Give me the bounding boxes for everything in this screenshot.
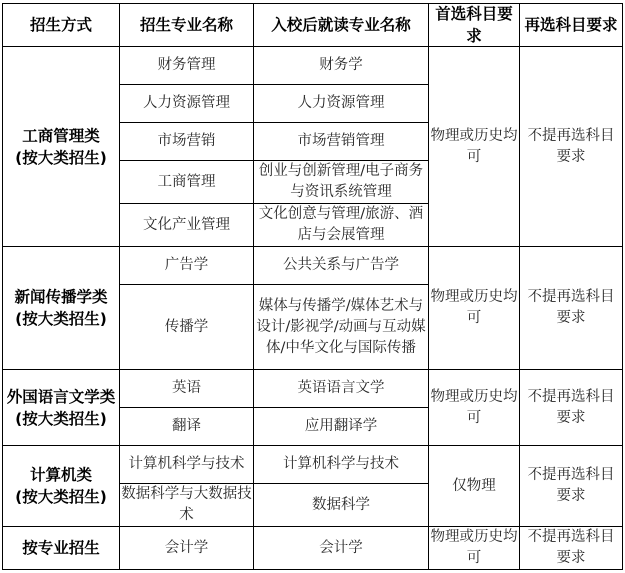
table-row-study: 英语语言文学 (253, 369, 429, 408)
major-name: 文化产业管理 (143, 215, 230, 236)
first-choice-requirement: 物理或历史均可 (428, 526, 520, 570)
first-choice-text: 仅物理 (452, 476, 496, 497)
table-row-major: 财务管理 (119, 46, 254, 85)
study-major: 市场营销管理 (298, 131, 385, 152)
header-major-name: 招生专业名称 (119, 3, 254, 47)
second-choice-requirement: 不提再选科目要求 (519, 526, 623, 570)
group-method-by-major: 按专业招生 (2, 526, 120, 570)
table-row-study: 人力资源管理 (253, 84, 429, 123)
second-choice-requirement: 不提再选科目要求 (519, 369, 623, 446)
header-label: 入校后就读专业名称 (271, 14, 411, 36)
table-row-study: 文化创意与管理/旅游、酒店与会展管理 (253, 203, 429, 247)
table-row-major: 英语 (119, 369, 254, 408)
first-choice-text: 物理或历史均可 (430, 527, 518, 569)
group-method-label: 按专业招生 (22, 537, 100, 559)
group-method-label: 外国语言文学类 (按大类招生) (7, 386, 116, 430)
first-choice-requirement: 物理或历史均可 (428, 369, 520, 446)
second-choice-text: 不提再选科目要求 (521, 126, 621, 168)
table-row-major: 计算机科学与技术 (119, 445, 254, 484)
second-choice-requirement: 不提再选科目要求 (519, 46, 623, 247)
table-row-study: 创业与创新管理/电子商务与资讯系统管理 (253, 160, 429, 204)
study-major: 应用翻译学 (305, 416, 378, 437)
major-name: 会计学 (165, 538, 209, 559)
major-name: 工商管理 (158, 172, 216, 193)
major-name: 财务管理 (158, 55, 216, 76)
group-method-label: 计算机类 (按大类招生) (15, 464, 107, 508)
header-label: 再选科目要求 (524, 14, 617, 36)
header-first-choice: 首选科目要求 (428, 3, 520, 47)
study-major: 财务学 (319, 55, 363, 76)
group-method-computer: 计算机类 (按大类招生) (2, 445, 120, 527)
table-row-major: 翻译 (119, 407, 254, 446)
major-name: 人力资源管理 (143, 93, 230, 114)
table-row-major: 会计学 (119, 526, 254, 570)
table-row-study: 公共关系与广告学 (253, 246, 429, 285)
table-row-study: 市场营销管理 (253, 122, 429, 161)
major-name: 市场营销 (158, 131, 216, 152)
table-row-major: 市场营销 (119, 122, 254, 161)
table-row-study: 计算机科学与技术 (253, 445, 429, 484)
second-choice-text: 不提再选科目要求 (521, 287, 621, 329)
study-major: 计算机科学与技术 (283, 454, 399, 475)
major-name: 英语 (172, 378, 201, 399)
first-choice-requirement: 仅物理 (428, 445, 520, 527)
table-row-major: 数据科学与大数据技术 (119, 483, 254, 527)
table-row-study: 媒体与传播学/媒体艺术与设计/影视学/动画与互动媒体/中华文化与国际传播 (253, 284, 429, 370)
major-name: 计算机科学与技术 (129, 454, 245, 475)
second-choice-text: 不提再选科目要求 (521, 527, 621, 569)
table-row-major: 工商管理 (119, 160, 254, 204)
group-method-business: 工商管理类 (按大类招生) (2, 46, 120, 247)
study-major: 数据科学 (312, 495, 370, 516)
major-name: 数据科学与大数据技术 (121, 484, 252, 526)
major-name: 翻译 (172, 416, 201, 437)
header-study-major: 入校后就读专业名称 (253, 3, 429, 47)
study-major: 媒体与传播学/媒体艺术与设计/影视学/动画与互动媒体/中华文化与国际传播 (256, 296, 426, 359)
header-second-choice: 再选科目要求 (519, 3, 623, 47)
study-major: 文化创意与管理/旅游、酒店与会展管理 (257, 204, 425, 246)
header-admission-method: 招生方式 (2, 3, 120, 47)
second-choice-requirement: 不提再选科目要求 (519, 246, 623, 370)
group-method-foreign-languages: 外国语言文学类 (按大类招生) (2, 369, 120, 446)
first-choice-text: 物理或历史均可 (430, 126, 518, 168)
header-label: 招生专业名称 (140, 14, 233, 36)
group-method-label: 工商管理类 (按大类招生) (15, 125, 107, 169)
second-choice-text: 不提再选科目要求 (521, 465, 621, 507)
table-row-study: 财务学 (253, 46, 429, 85)
second-choice-text: 不提再选科目要求 (521, 387, 621, 429)
header-label: 首选科目要求 (435, 3, 513, 47)
table-row-study: 会计学 (253, 526, 429, 570)
table-row-major: 传播学 (119, 284, 254, 370)
table-row-major: 广告学 (119, 246, 254, 285)
second-choice-requirement: 不提再选科目要求 (519, 445, 623, 527)
study-major: 创业与创新管理/电子商务与资讯系统管理 (257, 161, 425, 203)
group-method-label: 新闻传播学类 (按大类招生) (14, 286, 107, 330)
major-name: 传播学 (165, 317, 209, 338)
table-row-study: 数据科学 (253, 483, 429, 527)
major-name: 广告学 (165, 255, 209, 276)
first-choice-requirement: 物理或历史均可 (428, 246, 520, 370)
first-choice-requirement: 物理或历史均可 (428, 46, 520, 247)
table-row-major: 人力资源管理 (119, 84, 254, 123)
study-major: 英语语言文学 (298, 378, 385, 399)
table-row-study: 应用翻译学 (253, 407, 429, 446)
study-major: 公共关系与广告学 (283, 255, 399, 276)
header-label: 招生方式 (30, 14, 92, 36)
study-major: 会计学 (319, 538, 363, 559)
study-major: 人力资源管理 (298, 93, 385, 114)
first-choice-text: 物理或历史均可 (430, 387, 518, 429)
group-method-journalism: 新闻传播学类 (按大类招生) (2, 246, 120, 370)
table-row-major: 文化产业管理 (119, 203, 254, 247)
first-choice-text: 物理或历史均可 (430, 287, 518, 329)
